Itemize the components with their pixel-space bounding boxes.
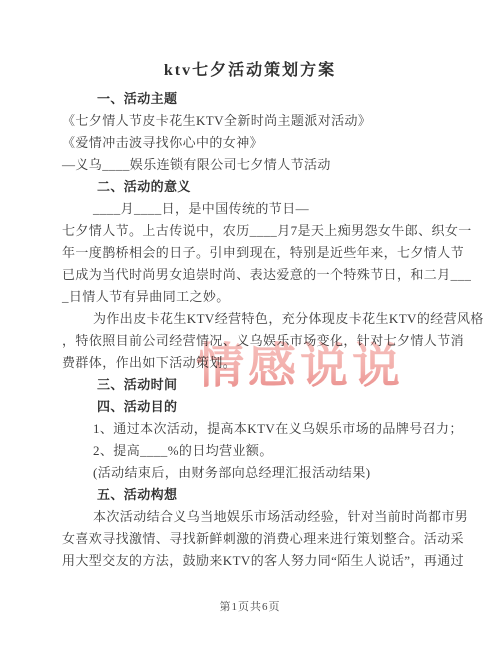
doc-line: _日情人节有异曲同工之妙。 — [62, 286, 444, 308]
section-heading-3: 三、活动时间 — [62, 374, 444, 396]
document-title: ktv七夕活动策划方案 — [0, 57, 500, 80]
document-body: 一、活动主题 《七夕情人节皮卡花生KTV全新时尚主题派对活动》 《爱情冲击波寻找… — [62, 88, 444, 572]
doc-line: 年一度鹊桥相会的日子。引申到现在，特别是近些年来，七夕情人节 — [62, 242, 444, 264]
doc-line: 本次活动结合义乌当地娱乐市场活动经验，针对当前时尚都市男 — [62, 506, 444, 528]
doc-line: 《爱情冲击波寻找你心中的女神》 — [62, 132, 444, 154]
section-heading-5: 五、活动构想 — [62, 484, 444, 506]
doc-line: —义乌____娱乐连锁有限公司七夕情人节活动 — [62, 154, 444, 176]
doc-line: 用大型交友的方法，鼓励来KTV的客人努力同“陌生人说话”，再通过 — [62, 550, 444, 572]
doc-line: 费群体，作出如下活动策划。 — [62, 352, 444, 374]
doc-line: ，特依照目前公司经营情况、义乌娱乐市场变化，针对七夕情人节消 — [62, 330, 444, 352]
section-heading-4: 四、活动目的 — [62, 396, 444, 418]
section-heading-1: 一、活动主题 — [62, 88, 444, 110]
doc-line: 七夕情人节。上古传说中，农历____月7是天上痴男怨女牛郎、织女一 — [62, 220, 444, 242]
doc-line: 已成为当代时尚男女追崇时尚、表达爱意的一个特殊节日，和二月___ — [62, 264, 444, 286]
doc-line: ____月____日，是中国传统的节日— — [62, 198, 444, 220]
doc-line: 1、通过本次活动，提高本KTV在义乌娱乐市场的品牌号召力； — [62, 418, 444, 440]
doc-line: (活动结束后，由财务部向总经理汇报活动结果) — [62, 462, 444, 484]
page-number: 第1页共6页 — [0, 598, 500, 614]
doc-line: 《七夕情人节皮卡花生KTV全新时尚主题派对活动》 — [62, 110, 444, 132]
document-page: ktv七夕活动策划方案 一、活动主题 《七夕情人节皮卡花生KTV全新时尚主题派对… — [0, 0, 500, 647]
doc-line: 女喜欢寻找激情、寻找新鲜刺激的消费心理来进行策划整合。活动采 — [62, 528, 444, 550]
doc-line: 为作出皮卡花生KTV经营特色，充分体现皮卡花生KTV的经营风格 — [62, 308, 444, 330]
section-heading-2: 二、活动的意义 — [62, 176, 444, 198]
doc-line: 2、提高____%的日均营业额。 — [62, 440, 444, 462]
